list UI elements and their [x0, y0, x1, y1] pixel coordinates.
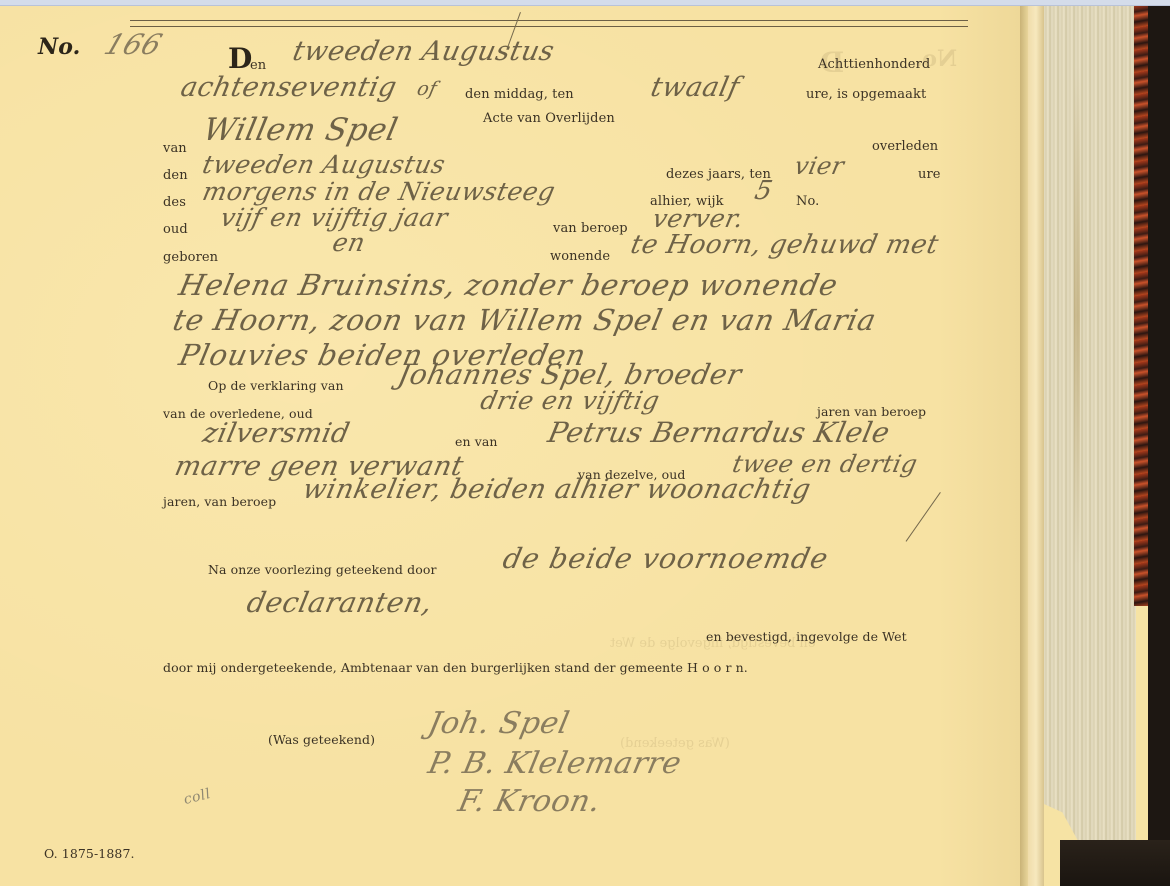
- signature-3: F. Kroon.: [455, 784, 604, 819]
- deceased-name: Willem Spel: [200, 112, 401, 148]
- marbled-binding: [1134, 6, 1148, 606]
- label-overleden: overleden: [872, 139, 938, 154]
- death-date: tweeden Augustus: [200, 150, 448, 179]
- label-door-mij: door mij ondergeteekende, Ambtenaar van …: [163, 660, 748, 675]
- handwritten-line-2: te Hoorn, zoon van Willem Spel en van Ma…: [170, 303, 880, 337]
- record-number-label: No.: [38, 34, 80, 60]
- label-achttienhonderd: Achttienhonderd: [818, 57, 930, 72]
- label-geboren: geboren: [163, 250, 218, 265]
- register-page: No. D en bevestigd, ingevolge de Wet (Wa…: [0, 6, 1020, 886]
- label-na-onze-voorlezing: Na onze voorlezing geteekend door: [208, 562, 437, 577]
- age: vijf en vijftig jaar: [218, 203, 451, 232]
- year-mark: of: [415, 78, 439, 100]
- record-number: 166: [100, 28, 167, 61]
- flourish-stroke: [906, 492, 942, 542]
- page-gutter: [1020, 6, 1028, 886]
- label-op-de-verklaring: Op de verklaring van: [208, 378, 344, 393]
- dropcap-d: D: [228, 42, 252, 75]
- label-den: en: [250, 58, 266, 73]
- top-double-rule: [130, 20, 968, 27]
- declarant-1-occupation: zilversmid: [200, 418, 353, 449]
- viewer-top-bar: [0, 0, 1170, 6]
- signed-by-1: de beide voornoemde: [500, 542, 832, 575]
- form-code: O. 1875-1887.: [44, 846, 135, 861]
- label-dezes-jaars-ten: dezes jaars, ten: [666, 167, 771, 182]
- label-van-beroep: van beroep: [553, 221, 628, 236]
- page-stack-edges: [1044, 6, 1136, 846]
- page-fold: [1028, 6, 1044, 886]
- document-viewer: No. D en bevestigd, ingevolge de Wet (Wa…: [0, 0, 1170, 886]
- label-ure: ure: [918, 167, 941, 182]
- label-jaren-van-beroep-2: jaren, van beroep: [163, 494, 276, 509]
- label-des: des: [163, 195, 186, 210]
- label-oud: oud: [163, 222, 188, 237]
- pencil-note: coll: [182, 786, 212, 808]
- label-en-bevestigd: en bevestigd, ingevolge de Wet: [706, 629, 907, 644]
- signature-1: Joh. Spel: [425, 706, 573, 741]
- death-hour: vier: [792, 152, 847, 180]
- label-den-middag-ten: den middag, ten: [465, 87, 574, 102]
- label-no: No.: [796, 194, 819, 209]
- book-cover: [1148, 6, 1170, 886]
- year-words: achtenseventig: [178, 72, 400, 103]
- time-of-day-place: morgens in de Nieuwsteeg: [200, 177, 558, 206]
- signature-2: P. B. Klelemarre: [425, 746, 685, 781]
- label-was-geteekend: (Was geteekend): [268, 732, 375, 747]
- declarant-1-age: drie en vijftig: [478, 386, 662, 415]
- declarant-2: Petrus Bernardus Klele: [545, 416, 893, 449]
- declarant-2-occupation: winkelier, beiden alhier woonachtig: [300, 474, 814, 505]
- signed-by-2: declaranten,: [244, 586, 436, 619]
- label-en-van: en van: [455, 434, 498, 449]
- label-van: van: [163, 141, 187, 156]
- label-den-2: den: [163, 168, 188, 183]
- book-bottom-shadow: [1060, 840, 1170, 886]
- residence-spouse: te Hoorn, gehuwd met: [628, 230, 941, 260]
- label-ure-opgemaakt: ure, is opgemaakt: [806, 87, 926, 102]
- occupation: verver.: [650, 204, 747, 233]
- hour-registered: twaalf: [648, 72, 742, 103]
- date-day-month: tweeden Augustus: [290, 36, 557, 67]
- born: en: [330, 228, 368, 257]
- label-wonende: wonende: [550, 249, 610, 264]
- acte-title: Acte van Overlijden: [483, 111, 615, 126]
- handwritten-line-1: Helena Bruinsins, zonder beroep wonende: [176, 268, 841, 302]
